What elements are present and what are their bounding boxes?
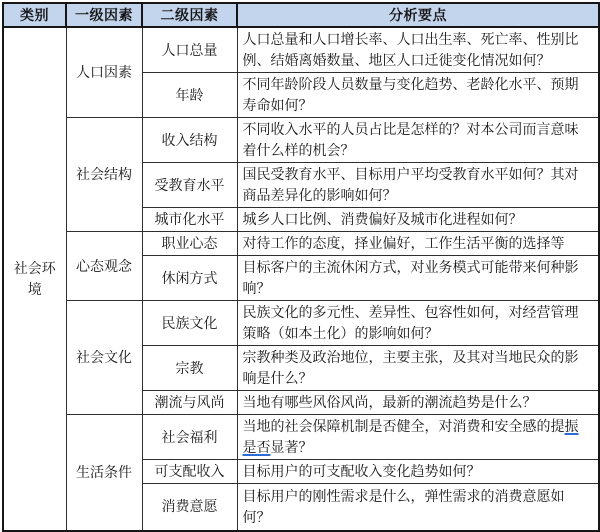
header-row: 类别 一级因素 二级因素 分析要点 <box>3 3 599 27</box>
points-cell: 国民受教育水平、目标用户平均受教育水平如何？其对商品差异化的影响如何？ <box>237 163 599 208</box>
table-row: 社会结构 收入结构 不同收入水平的人员占比是怎样的？对本公司而言意味着什么样的机… <box>3 118 599 163</box>
points-cell: 不同年龄阶段人员数量与变化趋势、老龄化水平、预期寿命如何？ <box>237 73 599 118</box>
points-text: 显著？ <box>271 439 313 455</box>
factor-cell-living-conditions: 生活条件 <box>66 415 142 531</box>
points-cell: 目标用户的可支配收入变化趋势如何？ <box>237 460 599 484</box>
table-row: 生活条件 社会福利 当地的社会保障机制是否健全，对消费和安全感的提振是否显著？ <box>3 415 599 460</box>
header-category: 类别 <box>3 3 66 27</box>
category-cell: 社会环境 <box>3 27 66 531</box>
factor-cell-social-culture: 社会文化 <box>66 301 142 415</box>
points-cell: 宗教种类及政治地位，主要主张，及其对当地民众的影响是什么？ <box>237 346 599 391</box>
subfactor-cell: 消费意愿 <box>142 484 237 531</box>
subfactor-cell: 民族文化 <box>142 301 237 346</box>
subfactor-cell: 宗教 <box>142 346 237 391</box>
subfactor-cell: 休闲方式 <box>142 256 237 301</box>
table-row: 社会文化 民族文化 民族文化的多元性、差异性、包容性如何，对经营管理策略（如本土… <box>3 301 599 346</box>
header-level2-factor: 二级因素 <box>142 3 237 27</box>
points-cell: 对待工作的态度，择业偏好，工作生活平衡的选择等 <box>237 232 599 256</box>
factor-cell-mindset: 心态观念 <box>66 232 142 301</box>
header-level1-factor: 一级因素 <box>66 3 142 27</box>
subfactor-cell: 社会福利 <box>142 415 237 460</box>
header-analysis-points: 分析要点 <box>237 3 599 27</box>
points-cell: 不同收入水平的人员占比是怎样的？对本公司而言意味着什么样的机会？ <box>237 118 599 163</box>
subfactor-cell: 城市化水平 <box>142 208 237 232</box>
subfactor-cell: 年龄 <box>142 73 237 118</box>
points-cell: 民族文化的多元性、差异性、包容性如何，对经营管理策略（如本土化）的影响如何？ <box>237 301 599 346</box>
points-cell: 城乡人口比例、消费偏好及城市化进程如何？ <box>237 208 599 232</box>
social-environment-analysis-page: 类别 一级因素 二级因素 分析要点 社会环境 人口因素 人口总量 人口总量和人口… <box>0 0 600 532</box>
points-cell: 人口总量和人口增长率、人口出生率、死亡率、性别比例、结婚离婚数量、地区人口迁徙变… <box>237 27 599 73</box>
subfactor-cell: 收入结构 <box>142 118 237 163</box>
subfactor-cell: 潮流与风尚 <box>142 391 237 415</box>
table-row: 社会环境 人口因素 人口总量 人口总量和人口增长率、人口出生率、死亡率、性别比例… <box>3 27 599 73</box>
subfactor-cell: 人口总量 <box>142 27 237 73</box>
points-cell: 目标用户的刚性需求是什么，弹性需求的消费意愿如何？ <box>237 484 599 531</box>
points-cell: 当地有哪些风俗风尚，最新的潮流趋势是什么？ <box>237 391 599 415</box>
subfactor-cell: 可支配收入 <box>142 460 237 484</box>
analysis-table: 类别 一级因素 二级因素 分析要点 社会环境 人口因素 人口总量 人口总量和人口… <box>2 2 600 532</box>
points-text: 当地的社会保障机制是否健全，对消费和安全感的提 <box>243 418 565 434</box>
subfactor-cell: 职业心态 <box>142 232 237 256</box>
factor-cell-population: 人口因素 <box>66 27 142 118</box>
factor-cell-social-structure: 社会结构 <box>66 118 142 232</box>
table-row: 心态观念 职业心态 对待工作的态度，择业偏好，工作生活平衡的选择等 <box>3 232 599 256</box>
points-cell: 当地的社会保障机制是否健全，对消费和安全感的提振是否显著？ <box>237 415 599 460</box>
subfactor-cell: 受教育水平 <box>142 163 237 208</box>
points-cell: 目标客户的主流休闲方式，对业务模式可能带来何种影响？ <box>237 256 599 301</box>
